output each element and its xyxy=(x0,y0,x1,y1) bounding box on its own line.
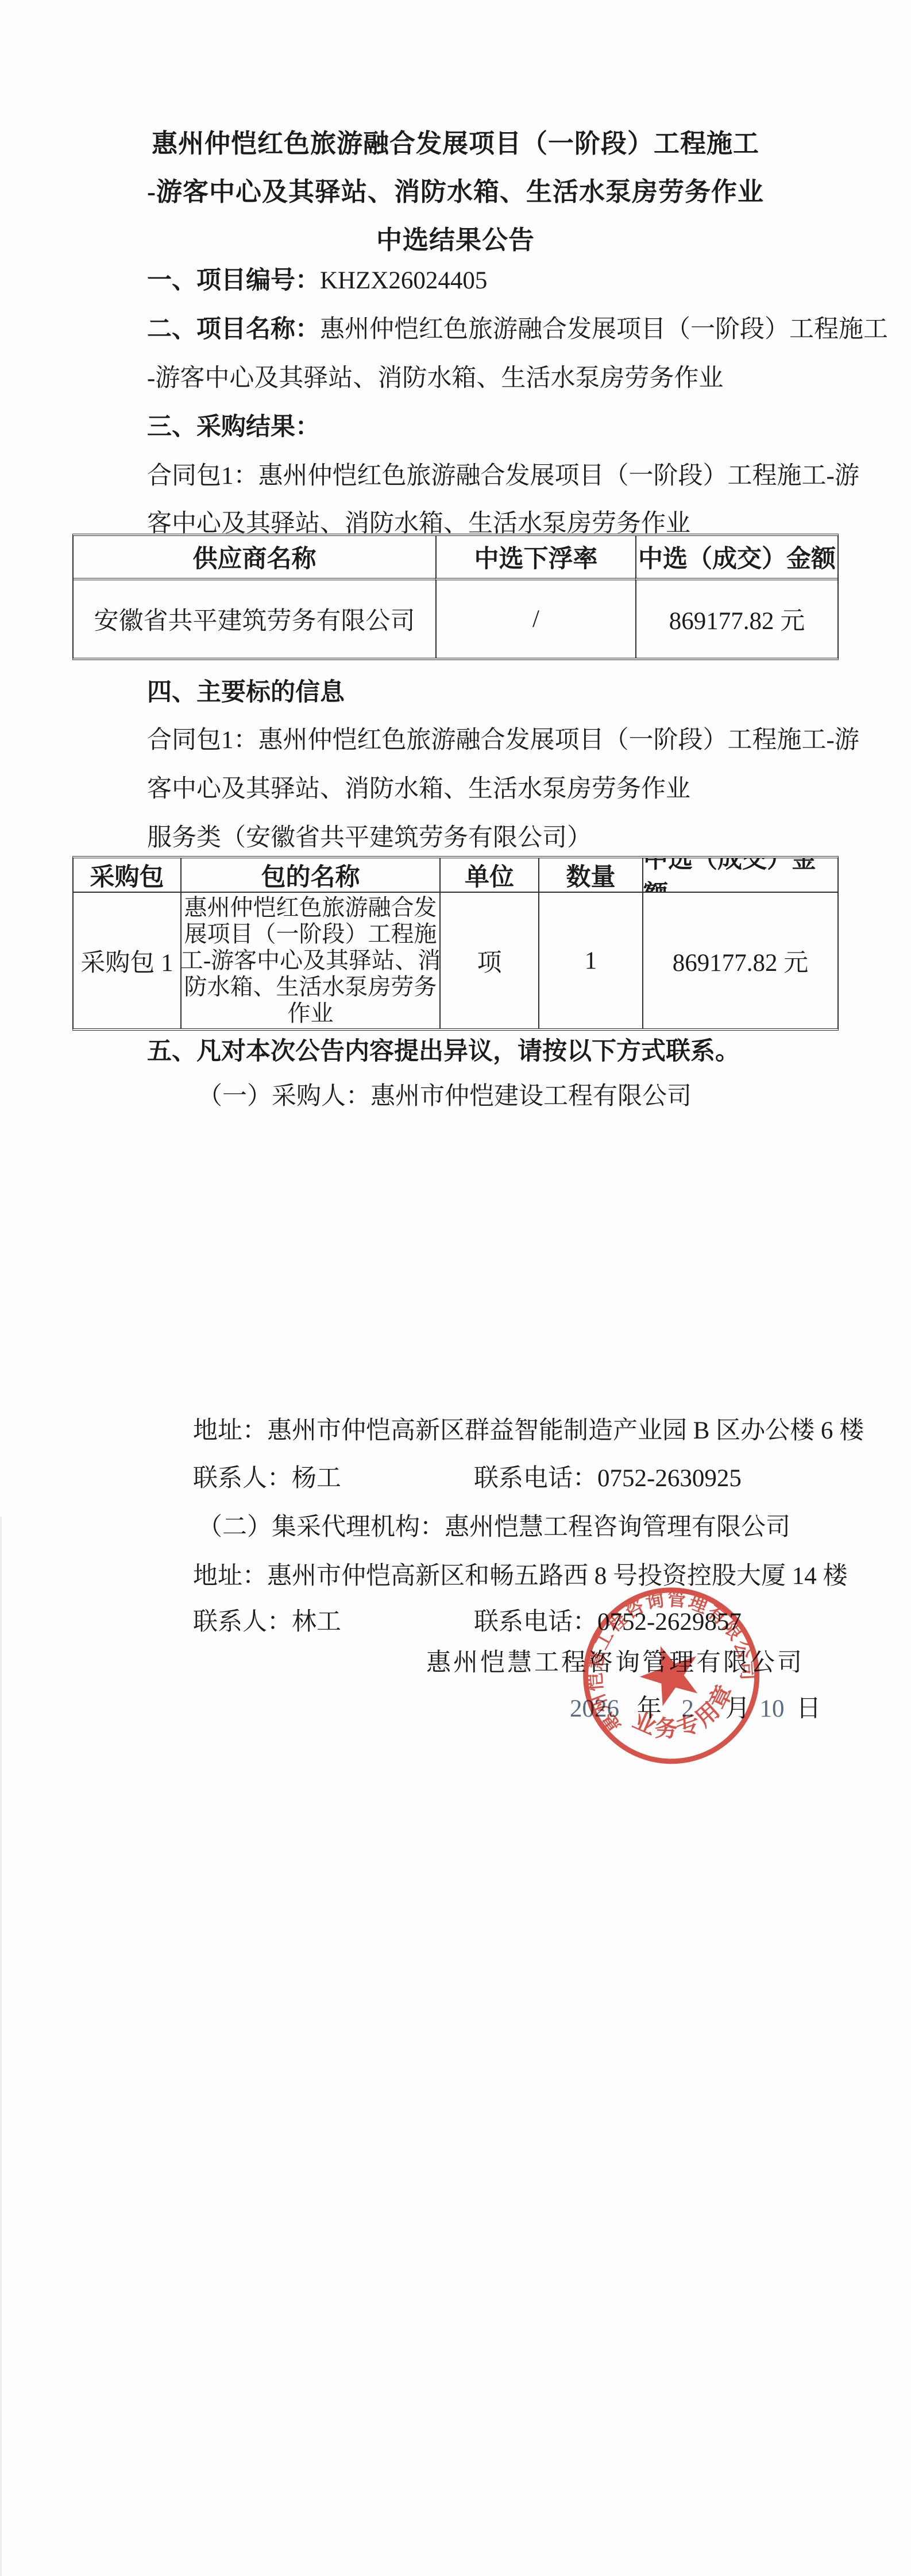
announcement-document: 惠州仲恺红色旅游融合发展项目（一阶段）工程施工 -游客中心及其驿站、消防水箱、生… xyxy=(0,0,911,2576)
agency-address-line: 地址：惠州市仲恺高新区和畅五路西 8 号投资控股大厦 14 楼 xyxy=(193,1562,848,1591)
subject-package-line-2: 客中心及其驿站、消防水箱、生活水泵房劳务作业 xyxy=(147,775,690,804)
subject-package-line-3: 服务类（安徽省共平建筑劳务有限公司） xyxy=(147,824,592,853)
project-name-label: 二、项目名称： xyxy=(147,316,320,343)
detail-table: 采购包 包的名称 单位 数量 中选（成交）金额 采购包 1 惠州仲恺红色旅游融合… xyxy=(72,856,839,1031)
detail-table-name-cell: 惠州仲恺红色旅游融合发 展项目（一阶段）工程施 工-游客中心及其驿站、消 防水箱… xyxy=(180,893,439,1028)
date-day-unit: 日 xyxy=(796,1695,821,1723)
detail-table-header-unit: 单位 xyxy=(439,858,538,893)
procurement-result-heading: 三、采购结果： xyxy=(147,413,320,442)
agency-contact-name: 联系人：林工 xyxy=(193,1609,341,1636)
detail-table-header-amount: 中选（成交）金额 xyxy=(642,858,837,893)
purchaser-address-line: 地址：惠州市仲恺高新区群益智能制造产业园 B 区办公楼 6 楼 xyxy=(193,1417,864,1445)
result-table-header-supplier: 供应商名称 xyxy=(74,536,435,580)
purchaser-line: （一）采购人：惠州市仲恺建设工程有限公司 xyxy=(198,1082,692,1111)
purchaser-contact-name: 联系人：杨工 xyxy=(193,1465,341,1492)
purchaser-phone: 联系电话：0752-2630925 xyxy=(474,1464,742,1493)
project-number-line: 一、项目编号：KHZX26024405 xyxy=(147,267,487,295)
agency-line: （二）集采代理机构：惠州恺慧工程咨询管理有限公司 xyxy=(198,1513,790,1542)
result-table-supplier-cell: 安徽省共平建筑劳务有限公司 xyxy=(74,580,435,658)
project-number-value: KHZX26024405 xyxy=(320,267,487,294)
doc-title-line-1: 惠州仲恺红色旅游融合发展项目（一阶段）工程施工 xyxy=(0,129,911,158)
contract-package-line-1: 合同包1：惠州仲恺红色旅游融合发展项目（一阶段）工程施工-游 xyxy=(147,462,859,491)
result-table-discount-cell: / xyxy=(435,580,635,658)
doc-title-line-2: -游客中心及其驿站、消防水箱、生活水泵房劳务作业 xyxy=(0,178,911,206)
doc-title-line-3: 中选结果公告 xyxy=(0,226,911,254)
result-table: 供应商名称 中选下浮率 中选（成交）金额 安徽省共平建筑劳务有限公司 / 869… xyxy=(72,534,839,660)
project-name-line-1: 二、项目名称：惠州仲恺红色旅游融合发展项目（一阶段）工程施工 xyxy=(147,315,888,344)
detail-table-header-name: 包的名称 xyxy=(180,858,439,893)
detail-table-header-quantity: 数量 xyxy=(538,858,642,893)
seal-star-icon xyxy=(632,1636,708,1710)
subject-info-heading: 四、主要标的信息 xyxy=(147,678,345,707)
objection-heading: 五、凡对本次公告内容提出异议，请按以下方式联系。 xyxy=(147,1038,740,1066)
detail-name-line-2: 展项目（一阶段）工程施 xyxy=(184,921,437,947)
detail-table-unit-cell: 项 xyxy=(439,893,538,1028)
purchaser-contact-line: 联系人：杨工 联系电话：0752-2630925 xyxy=(193,1464,859,1493)
detail-table-amount-cell: 869177.82 元 xyxy=(642,893,837,1028)
detail-name-line-1: 惠州仲恺红色旅游融合发 xyxy=(184,894,437,921)
agency-contact-line: 联系人：林工 联系电话：0752-2629857 xyxy=(193,1608,859,1637)
detail-table-package-cell: 采购包 1 xyxy=(74,893,180,1028)
scan-edge-artifact xyxy=(0,1517,2,2576)
result-table-amount-cell: 869177.82 元 xyxy=(635,580,837,658)
project-name-line-2: -游客中心及其驿站、消防水箱、生活水泵房劳务作业 xyxy=(147,364,723,393)
detail-table-quantity-cell: 1 xyxy=(538,893,642,1028)
project-name-value-1: 惠州仲恺红色旅游融合发展项目（一阶段）工程施工 xyxy=(320,316,888,343)
subject-package-line-1: 合同包1：惠州仲恺红色旅游融合发展项目（一阶段）工程施工-游 xyxy=(147,726,859,755)
detail-name-line-5: 作业 xyxy=(288,1000,334,1027)
detail-name-line-4: 防水箱、生活水泵房劳务 xyxy=(184,974,437,1000)
project-number-label: 一、项目编号： xyxy=(147,267,320,294)
result-table-header-discount: 中选下浮率 xyxy=(435,536,635,580)
detail-name-line-3: 工-游客中心及其驿站、消 xyxy=(180,947,439,974)
detail-table-header-package: 采购包 xyxy=(74,858,180,893)
result-table-header-amount: 中选（成交）金额 xyxy=(635,536,837,580)
